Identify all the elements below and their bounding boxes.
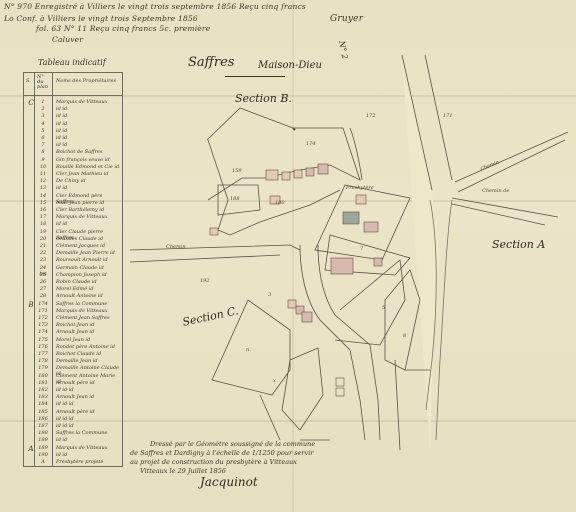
- row-owner: Gin françois veuve id: [56, 157, 120, 163]
- annotation-line2: de Saffres et Dardigny à l'échelle de 1/…: [130, 449, 315, 458]
- row-number: 174: [36, 301, 50, 307]
- parcel-label: 171: [443, 113, 453, 119]
- map-title-commune: Saffres: [188, 55, 234, 70]
- row-owner: De Chiny id: [56, 178, 120, 184]
- cadastral-plan-sheet: N° 970 Enregistré à Villiers le vingt tr…: [0, 0, 576, 512]
- header-section: S.: [26, 78, 31, 84]
- row-number: 21: [36, 243, 50, 249]
- row-number: 13: [36, 185, 50, 191]
- row-number: 189: [36, 445, 50, 451]
- row-owner: Demaille Jean id: [56, 358, 120, 364]
- row-number: 190: [36, 452, 50, 458]
- row-owner: Arnoult père id: [56, 409, 120, 415]
- row-owner: id id id: [56, 423, 120, 429]
- row-owner: Champion Joseph id: [56, 272, 120, 278]
- parcel-label: n.: [246, 347, 251, 353]
- row-number: 12: [36, 178, 50, 184]
- row-number: 186: [36, 416, 50, 422]
- row-owner: Robin Claude id: [56, 279, 120, 285]
- parcel-label: 192: [200, 278, 210, 284]
- row-owner: id id id: [56, 401, 120, 407]
- row-number: 17: [36, 214, 50, 220]
- parcel-label: 188: [230, 196, 240, 202]
- row-number: 11: [36, 171, 50, 177]
- row-number: 15: [36, 200, 50, 206]
- header-number: N° du plan: [37, 75, 51, 90]
- row-owner: Marquis de Vitteaux: [56, 214, 120, 220]
- row-owner: Saffres la Commune: [56, 430, 120, 436]
- header-owner: Noms des Propriétaires: [56, 78, 116, 84]
- row-number: 182: [36, 387, 50, 393]
- row-number: 25: [36, 272, 50, 278]
- row-owner: Rouillé Edmond et Cie id: [56, 164, 120, 170]
- row-owner: id id: [56, 128, 120, 134]
- row-number: 1: [36, 99, 50, 105]
- row-owner: id id: [56, 113, 120, 119]
- parcel-label: 174: [306, 141, 316, 147]
- parcel-label: 3: [268, 292, 271, 298]
- row-number: 28: [36, 293, 50, 299]
- row-number: 27: [36, 286, 50, 292]
- row-owner: Marquis de Vitteaux: [56, 99, 120, 105]
- parcel-label: 8: [403, 333, 406, 339]
- row-number: 26: [36, 279, 50, 285]
- row-owner: id id: [56, 135, 120, 141]
- row-number: 189: [36, 437, 50, 443]
- row-owner: Saffres la Commune: [56, 301, 120, 307]
- section-a-label: Section A: [492, 238, 545, 251]
- row-owner: Boichot Jean id: [56, 322, 120, 328]
- parcel-label: 7: [360, 246, 363, 252]
- row-number: 7: [36, 142, 50, 148]
- row-owner: Boichot de Saffres: [56, 149, 120, 155]
- parcel-label: 180: [275, 200, 285, 206]
- annotation-line3: au projet de construction du presbytère …: [130, 458, 315, 467]
- row-number: 172: [36, 315, 50, 321]
- row-number: 183: [36, 394, 50, 400]
- row-number: 171: [36, 308, 50, 314]
- row-owner: id id id: [56, 416, 120, 422]
- map-title-locality: Maison-Dieu: [258, 60, 322, 71]
- row-owner: Germain Claude id: [56, 265, 120, 271]
- row-owner: Demaille Jean Pierre id: [56, 250, 120, 256]
- presbytery-label: Presbytère: [346, 185, 374, 191]
- annotation-line1: Dressé par le Géomètre soussigné de la c…: [130, 440, 315, 449]
- parcel-label: 5: [382, 305, 385, 311]
- row-owner: id id: [56, 121, 120, 127]
- row-number: 180: [36, 373, 50, 379]
- owners-table: S. N° du plan Noms des Propriétaires C1M…: [23, 72, 123, 467]
- row-owner: id id: [56, 437, 120, 443]
- row-owner: Arnoult Jean id: [56, 394, 120, 400]
- row-owner: id id: [56, 452, 120, 458]
- row-number: 10: [36, 164, 50, 170]
- row-number: 187: [36, 423, 50, 429]
- row-owner: Marquis de Vitteaux: [56, 308, 120, 314]
- row-number: 175: [36, 337, 50, 343]
- row-number: 22: [36, 250, 50, 256]
- row-owner: id id: [56, 185, 120, 191]
- row-owner: Rondot père Antoine id: [56, 344, 120, 350]
- row-owner: Cler Jean Mathieu id: [56, 171, 120, 177]
- surveyor-signature: Jacquinot: [200, 475, 258, 489]
- parcel-label: 172: [366, 113, 376, 119]
- row-owner: Presbytère projeté: [56, 459, 120, 465]
- road-label-chemin-west: Chemin: [166, 244, 186, 250]
- row-owner: id id: [56, 106, 120, 112]
- row-owner: Clément Jean Saffres: [56, 315, 120, 321]
- row-owner: id id id: [56, 387, 120, 393]
- row-number: 18: [36, 221, 50, 227]
- row-number: 3: [36, 113, 50, 119]
- row-number: 8: [36, 149, 50, 155]
- row-owner: Arnoult Jean id: [56, 329, 120, 335]
- row-owner: Clément Jacques id: [56, 243, 120, 249]
- row-number: 184: [36, 401, 50, 407]
- row-owner: Noël Jean pierre id: [56, 200, 120, 206]
- row-number: 23: [36, 257, 50, 263]
- row-number: 179: [36, 365, 50, 371]
- row-number: 181: [36, 380, 50, 386]
- row-owner: Arnoult Antoine id: [56, 293, 120, 299]
- row-owner: Arnoult père id: [56, 380, 120, 386]
- row-number: 19: [36, 229, 50, 235]
- row-number: 174: [36, 329, 50, 335]
- row-owner: Boichot Claude id: [56, 351, 120, 357]
- row-owner: Cler Barthélemy id: [56, 207, 120, 213]
- table-caption: Tableau indicatif: [38, 58, 106, 67]
- row-number: 177: [36, 351, 50, 357]
- row-owner: Grandes Claude id: [56, 236, 120, 242]
- row-number: 188: [36, 430, 50, 436]
- row-number: A: [36, 459, 50, 465]
- road-label-chemin-e: Chemin de: [482, 188, 509, 194]
- row-owner: Marquis de Vitteaux: [56, 445, 120, 451]
- table-row: APresbytère projeté: [24, 459, 122, 467]
- row-number: 178: [36, 358, 50, 364]
- surveyor-annotation: Dressé par le Géomètre soussigné de la c…: [130, 440, 315, 476]
- row-owner: id id: [56, 142, 120, 148]
- parcel-label: 159: [232, 168, 242, 174]
- section-b-label: Section B.: [235, 92, 292, 105]
- row-number: 20: [36, 236, 50, 242]
- row-number: 14: [36, 193, 50, 199]
- row-number: 173: [36, 322, 50, 328]
- table-header: S. N° du plan Noms des Propriétaires: [24, 73, 122, 96]
- row-number: 4: [36, 121, 50, 127]
- row-number: 176: [36, 344, 50, 350]
- row-owner: Morel Edmé id: [56, 286, 120, 292]
- row-owner: Boursault Arnoult id: [56, 257, 120, 263]
- row-number: 2: [36, 106, 50, 112]
- row-number: 185: [36, 409, 50, 415]
- row-owner: id id: [56, 221, 120, 227]
- parcel-label: x: [273, 378, 276, 384]
- row-number: 9: [36, 157, 50, 163]
- row-number: 16: [36, 207, 50, 213]
- title-underline: [225, 76, 285, 77]
- row-owner: Morel Jean id: [56, 337, 120, 343]
- row-number: 6: [36, 135, 50, 141]
- row-number: 5: [36, 128, 50, 134]
